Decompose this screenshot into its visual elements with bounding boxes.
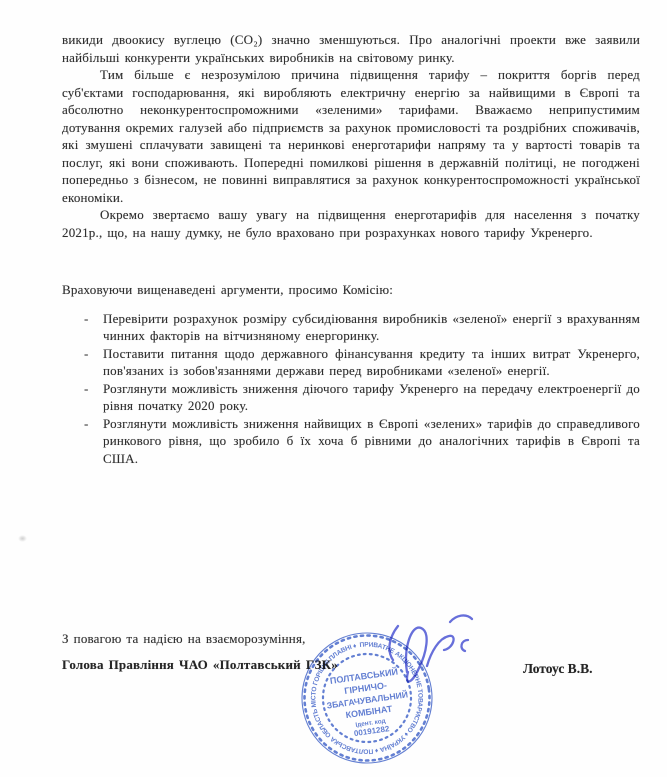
request-item: - Розглянути можливість зниження найвищи… xyxy=(62,415,640,468)
letter-body: викиди двоокису вуглецю (СО₂) значно зме… xyxy=(62,31,640,241)
scanned-letter-page: викиди двоокису вуглецю (СО₂) значно зме… xyxy=(0,0,667,777)
request-item-text: Поставити питання щодо державного фінанс… xyxy=(103,346,640,379)
request-list: - Перевірити розрахунок розміру субсидію… xyxy=(62,310,640,468)
request-intro: Враховуючи вищенаведені аргументи, проси… xyxy=(62,281,640,299)
paragraph-continuation: викиди двоокису вуглецю (СО₂) значно зме… xyxy=(62,31,640,66)
scan-artifact xyxy=(18,535,27,542)
paragraph-tariff-reason: Тим більше є незрозумілою причина підвищ… xyxy=(62,66,640,206)
paragraph-household-tariffs: Окремо звертаємо вашу увагу на підвищенн… xyxy=(62,206,640,241)
handwritten-signature xyxy=(360,606,505,706)
request-item-text: Розглянути можливість зниження діючого т… xyxy=(103,381,640,414)
bullet-dash: - xyxy=(84,415,89,433)
request-item: - Перевірити розрахунок розміру субсидію… xyxy=(62,310,640,345)
request-section: Враховуючи вищенаведені аргументи, проси… xyxy=(62,281,640,467)
request-item: - Поставити питання щодо державного фіна… xyxy=(62,345,640,380)
request-item-text: Перевірити розрахунок розміру субсидіюва… xyxy=(103,311,640,344)
request-item-text: Розглянути можливість зниження найвищих … xyxy=(103,416,640,466)
bullet-dash: - xyxy=(84,380,89,398)
bullet-dash: - xyxy=(84,345,89,363)
bullet-dash: - xyxy=(84,310,89,328)
signer-name: Лотоус В.В. xyxy=(523,661,592,677)
request-item: - Розглянути можливість зниження діючого… xyxy=(62,380,640,415)
